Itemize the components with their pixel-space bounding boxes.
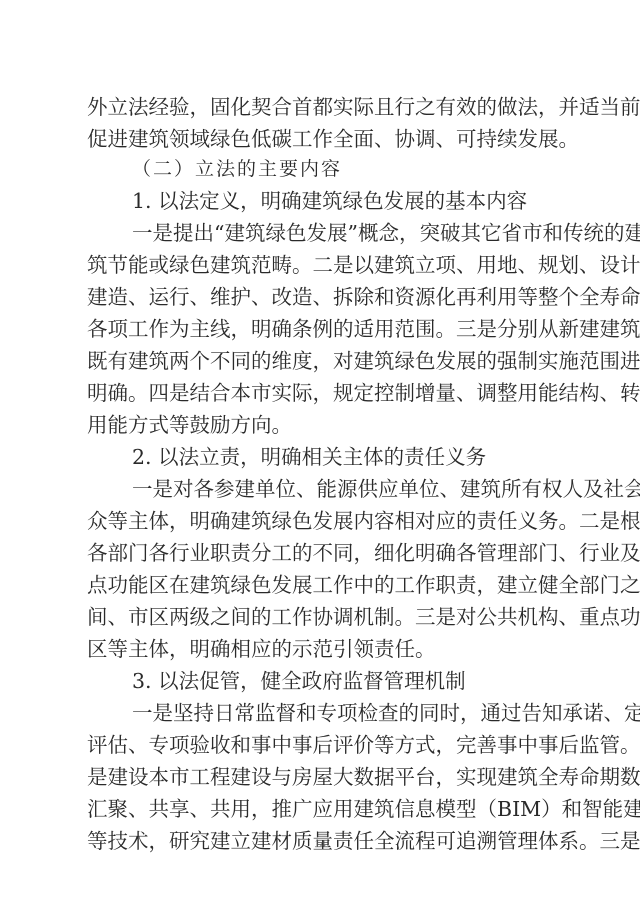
body-line: 区等主体，明确相应的示范引领责任。 [87,633,561,665]
body-line: 用能方式等鼓励方向。 [87,409,561,441]
body-line: 众等主体，明确建筑绿色发展内容相对应的责任义务。二是根据 [87,505,561,537]
body-line: 是建设本市工程建设与房屋大数据平台，实现建筑全寿命期数据 [87,761,561,793]
body-line: 既有建筑两个不同的维度，对建筑绿色发展的强制实施范围进行 [87,345,561,377]
section-heading: （二）立法的主要内容 [132,153,561,185]
subheading: 1. 以法定义，明确建筑绿色发展的基本内容 [132,185,561,217]
body-line: 筑节能或绿色建筑范畴。二是以建筑立项、用地、规划、设计、 [87,249,561,281]
body-line: 促进建筑领域绿色低碳工作全面、协调、可持续发展。 [87,123,561,155]
paragraph-first-line: 一是对各参建单位、能源供应单位、建筑所有权人及社会公 [132,473,561,505]
subheading: 2. 以法立责，明确相关主体的责任义务 [132,441,561,473]
body-line: 明确。四是结合本市实际，规定控制增量、调整用能结构、转变 [87,377,561,409]
page-number: 14 [0,838,640,850]
subheading: 3. 以法促管，健全政府监督管理机制 [132,665,561,697]
body-line: 评估、专项验收和事中事后评价等方式，完善事中事后监管。二 [87,729,561,761]
body-line: 建造、运行、维护、改造、拆除和资源化再利用等整个全寿命期 [87,281,561,313]
body-line: 间、市区两级之间的工作协调机制。三是对公共机构、重点功能 [87,601,561,633]
body-line: 各项工作为主线，明确条例的适用范围。三是分别从新建建筑和 [87,313,561,345]
document-page: 外立法经验，固化契合首都实际且行之有效的做法，并适当前瞻， 促进建筑领域绿色低碳… [0,0,640,904]
body-line: 汇聚、共享、共用，推广应用建筑信息模型（BIM）和智能建造 [87,793,561,825]
paragraph-first-line: 一是提出“建筑绿色发展”概念，突破其它省市和传统的建 [132,217,561,249]
body-line: 点功能区在建筑绿色发展工作中的工作职责，建立健全部门之 [87,569,561,601]
body-line: 各部门各行业职责分工的不同，细化明确各管理部门、行业及重 [87,537,561,569]
paragraph-first-line: 一是坚持日常监督和专项检查的同时，通过告知承诺、定期 [132,697,561,729]
body-line: 外立法经验，固化契合首都实际且行之有效的做法，并适当前瞻， [87,91,561,123]
